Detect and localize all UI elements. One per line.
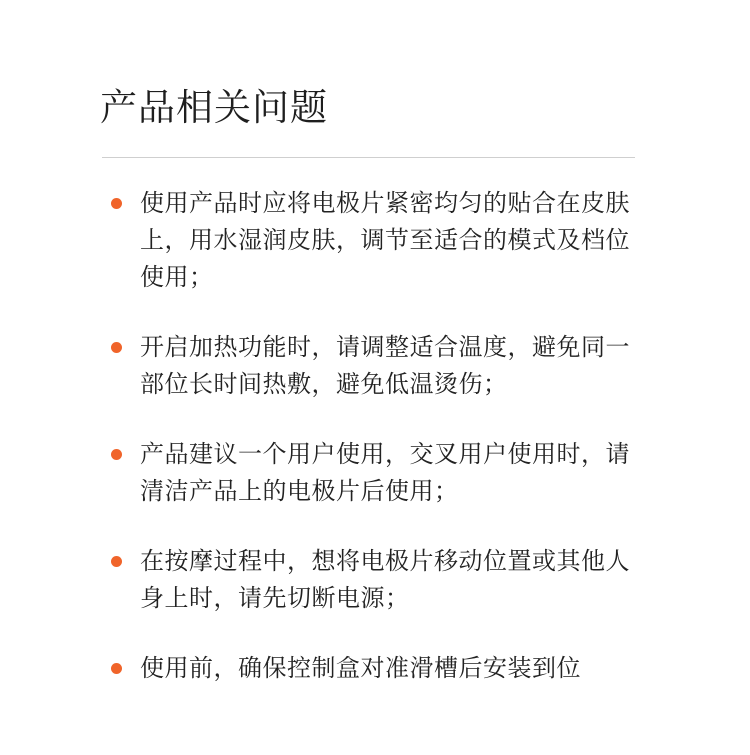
faq-list: 使用产品时应将电极片紧密均匀的贴合在皮肤上，用水湿润皮肤，调节至适合的模式及档位… [108,185,638,687]
list-item-text: 开启加热功能时，请调整适合温度，避免同一部位长时间热敷，避免低温烫伤； [140,333,630,398]
list-item: 在按摩过程中，想将电极片移动位置或其他人身上时，请先切断电源； [108,543,638,617]
list-item: 使用产品时应将电极片紧密均匀的贴合在皮肤上，用水湿润皮肤，调节至适合的模式及档位… [108,185,638,296]
list-item-text: 使用前，确保控制盒对准滑槽后安装到位 [140,654,581,682]
list-item-text: 使用产品时应将电极片紧密均匀的贴合在皮肤上，用水湿润皮肤，调节至适合的模式及档位… [140,189,630,291]
bullet-dot-icon [111,449,122,460]
bullet-dot-icon [111,198,122,209]
list-item: 产品建议一个用户使用，交叉用户使用时，请清洁产品上的电极片后使用； [108,436,638,510]
bullet-dot-icon [111,663,122,674]
bullet-dot-icon [111,556,122,567]
page-title: 产品相关问题 [100,86,328,130]
list-item: 开启加热功能时，请调整适合温度，避免同一部位长时间热敷，避免低温烫伤； [108,329,638,403]
list-item: 使用前，确保控制盒对准滑槽后安装到位 [108,650,638,687]
list-item-text: 在按摩过程中，想将电极片移动位置或其他人身上时，请先切断电源； [140,547,630,612]
bullet-dot-icon [111,342,122,353]
title-divider [102,157,635,158]
list-item-text: 产品建议一个用户使用，交叉用户使用时，请清洁产品上的电极片后使用； [140,440,630,505]
